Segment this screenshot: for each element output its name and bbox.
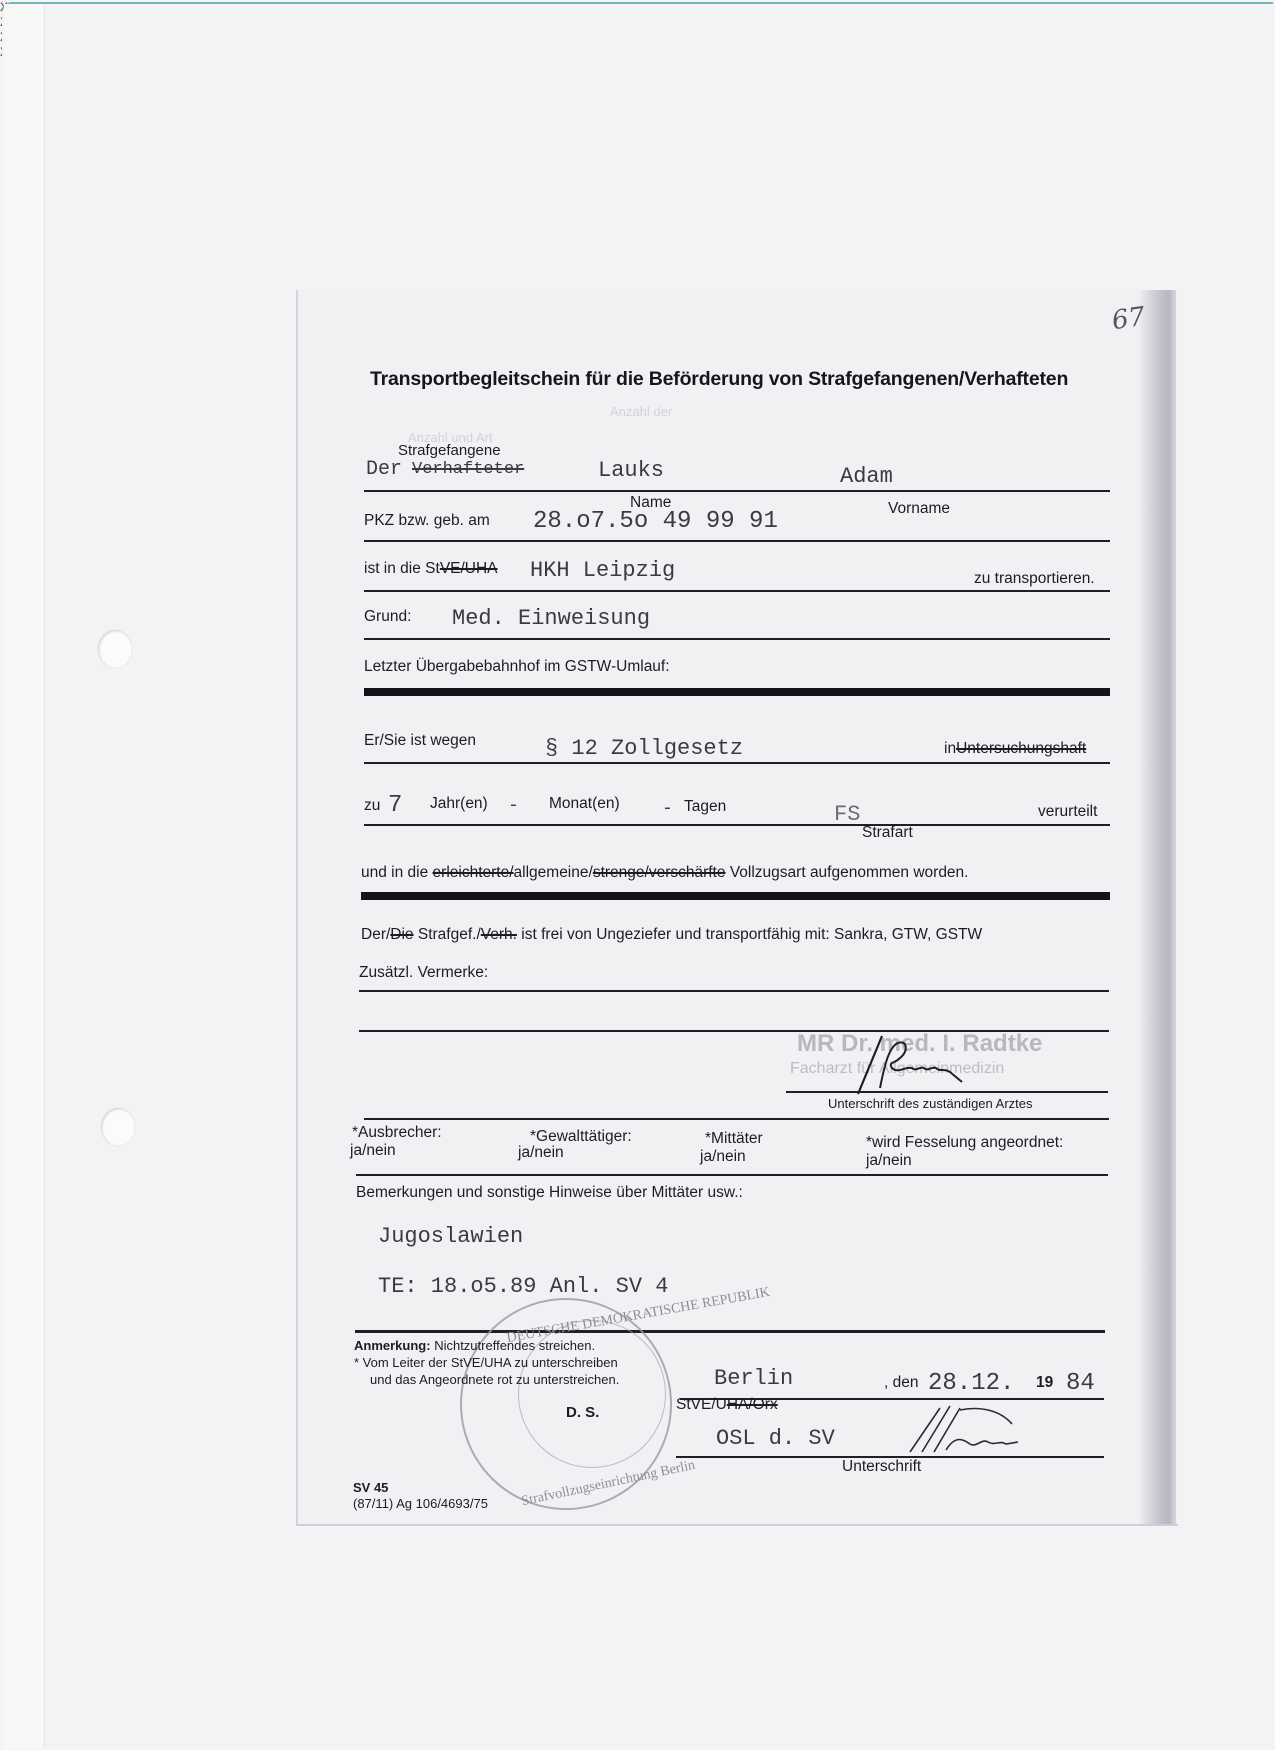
remarks-label: Bemerkungen und sonstige Hinweise über M… xyxy=(356,1184,743,1202)
doctor-signature-line xyxy=(786,1091,1108,1093)
bleed-through-text: Anzahl der xyxy=(610,404,672,419)
regime-option-strenge: strenge/verschärfte xyxy=(593,864,726,881)
last-station-line xyxy=(364,688,1110,696)
doctor-signature xyxy=(840,1028,990,1098)
date-century: 19 xyxy=(1036,1374,1053,1392)
sentence-years: 7 xyxy=(388,792,402,819)
punch-hole-bottom xyxy=(101,1108,135,1146)
document-title: Transportbegleitschein für die Beförderu… xyxy=(370,368,1068,391)
offense-label-mid: ist wegen xyxy=(411,732,476,749)
health-statement: ist frei von Ungeziefer und transportfäh… xyxy=(521,926,982,943)
prisoner-surname: Lauks xyxy=(598,458,664,483)
flag-ausbrecher-options: ja/nein xyxy=(350,1142,396,1160)
offense-suffix-struck: Untersuchungshaft xyxy=(956,740,1086,757)
issuer-prefix: StVE/U xyxy=(676,1396,727,1413)
seal-label-ds: D. S. xyxy=(566,1404,599,1421)
notes-line-1 xyxy=(359,990,1109,992)
scanner-edge xyxy=(4,4,45,1748)
footnote-line-3: und das Angeordnete rot zu unterstreiche… xyxy=(370,1372,619,1387)
regime-line xyxy=(361,892,1110,900)
sentence-days: - xyxy=(662,799,673,819)
firstname-label: Vorname xyxy=(888,500,950,518)
form-code-detail: (87/11) Ag 106/4693/75 xyxy=(353,1496,488,1511)
offense-label: Er/Sie ist wegen xyxy=(364,732,476,750)
sentence-months-label: Monat(en) xyxy=(549,795,620,813)
remarks-line-2: TE: 18.o5.89 Anl. SV 4 xyxy=(378,1274,668,1299)
prisoner-line xyxy=(364,490,1110,492)
health-mid: Strafgef./ xyxy=(418,926,481,943)
destination-label-prefix: ist in die St xyxy=(364,560,440,577)
offense-value: § 12 Zollgesetz xyxy=(545,736,743,761)
regime-option-allgemeine: allgemeine/ xyxy=(514,864,593,881)
pkz-value: 28.o7.5o 49 99 91 xyxy=(533,508,778,535)
form-code: SV 45 xyxy=(353,1480,388,1495)
flag-fesselung-options: ja/nein xyxy=(866,1152,912,1170)
issuer-signature xyxy=(900,1400,1030,1460)
sentence-line xyxy=(364,824,1110,826)
reason-line xyxy=(364,638,1110,640)
destination-line xyxy=(364,590,1110,592)
den-label: , den xyxy=(884,1374,918,1392)
footnote: Anmerkung: Nichtzutreffendes streichen. xyxy=(354,1338,595,1353)
place-value: Berlin xyxy=(714,1366,793,1391)
flag-mittaeter-label: *Mittäter xyxy=(705,1130,763,1148)
regime-line-text: und in die erleichterte/allgemeine/stren… xyxy=(361,864,968,882)
flag-ausbrecher-label: *Ausbrecher: xyxy=(352,1124,442,1142)
prisoner-prefix: Der xyxy=(366,458,402,481)
regime-option-erleichterte: erleichterte/ xyxy=(433,864,514,881)
prisoner-type-struck: Verhafteter xyxy=(412,460,524,479)
offense-suffix-plain: in xyxy=(944,740,956,757)
flag-gewalttaetiger-options: ja/nein xyxy=(518,1144,564,1162)
reason-label: Grund: xyxy=(364,608,411,626)
footnote-heading: Anmerkung: xyxy=(354,1338,431,1353)
regime-suffix: Vollzugsart aufgenommen worden. xyxy=(730,864,969,881)
sentence-suffix: verurteilt xyxy=(1038,803,1097,821)
pkz-label: PKZ bzw. geb. am xyxy=(364,512,490,530)
remarks-bottom-line xyxy=(355,1330,1105,1333)
destination-label-struck: VE/UHA xyxy=(440,560,498,577)
doctor-signature-label: Unterschrift des zuständigen Arztes xyxy=(828,1096,1033,1111)
destination-suffix: zu transportieren. xyxy=(974,570,1095,588)
issuer-label: StVE/UHA/Orx xyxy=(676,1396,778,1414)
flags-top-line xyxy=(364,1118,1109,1120)
sentence-type-label: Strafart xyxy=(862,824,913,842)
prisoner-type-overwrite: Strafgefangene xyxy=(398,442,501,459)
remarks-line-1: Jugoslawien xyxy=(378,1224,523,1249)
pkz-line xyxy=(364,540,1110,542)
health-text: Der/Die Strafgef./Verh. ist frei von Ung… xyxy=(361,926,982,944)
health-prefix: Der/ xyxy=(361,926,390,943)
issuer-struck: HA/Orx xyxy=(727,1396,778,1413)
last-station-label: Letzter Übergabebahnhof im GSTW-Umlauf: xyxy=(364,658,670,676)
footnote-line-1: Nichtzutreffendes streichen. xyxy=(434,1338,595,1353)
photocopy-edge-shadow xyxy=(1140,290,1176,1524)
footnote-line-2: * Vom Leiter der StVE/UHA zu unterschrei… xyxy=(354,1355,618,1370)
sentence-zu: zu xyxy=(364,797,380,815)
offense-label-prefix: Er/Sie xyxy=(364,732,406,749)
flags-bottom-line xyxy=(356,1174,1108,1176)
destination-value: HKH Leipzig xyxy=(530,558,675,583)
offense-suffix: inUntersuchungshaft xyxy=(944,740,1086,758)
reason-value: Med. Einweisung xyxy=(452,606,650,631)
sentence-years-label: Jahr(en) xyxy=(430,795,488,813)
signer-title: OSL d. SV xyxy=(716,1426,835,1451)
issuer-signature-label: Unterschrift xyxy=(842,1458,921,1476)
date-value: 28.12. xyxy=(928,1370,1014,1397)
destination-label: ist in die StVE/UHA xyxy=(364,560,498,578)
sentence-months: - xyxy=(508,796,519,816)
flag-mittaeter-options: ja/nein xyxy=(700,1148,746,1166)
regime-prefix: und in die xyxy=(361,864,428,881)
page-number: 67 xyxy=(1110,302,1147,336)
health-mid-struck: Verh. xyxy=(481,926,517,943)
prisoner-firstname: Adam xyxy=(840,464,893,489)
date-year: 84 xyxy=(1066,1370,1095,1397)
health-prefix-struck: Die xyxy=(390,926,413,943)
notes-label: Zusätzl. Vermerke: xyxy=(359,964,488,982)
offense-line xyxy=(364,762,1110,764)
punch-hole-top xyxy=(98,630,132,668)
sentence-days-label: Tagen xyxy=(684,798,726,816)
flag-fesselung-label: *wird Fesselung angeordnet: xyxy=(866,1134,1063,1152)
